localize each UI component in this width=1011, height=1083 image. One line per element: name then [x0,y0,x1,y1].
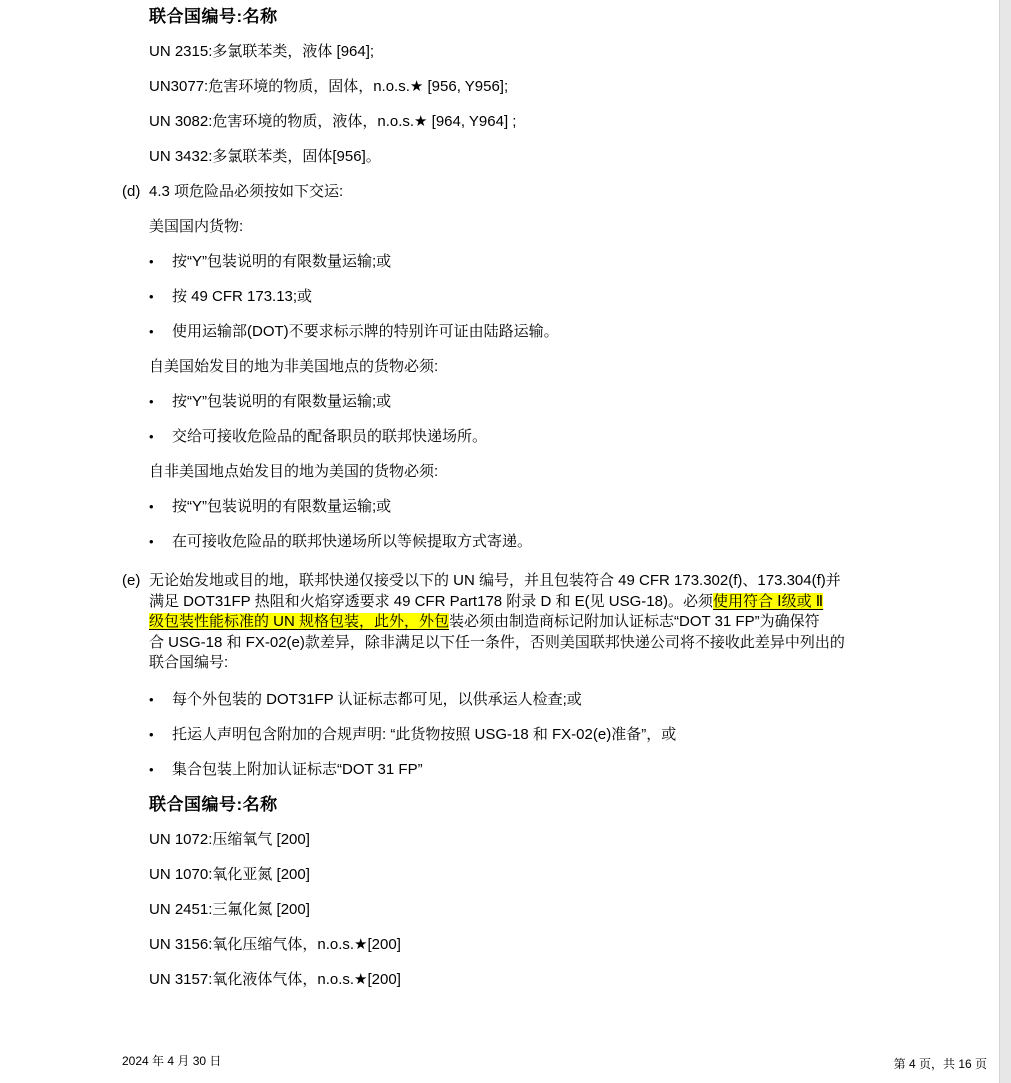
bullet-icon: • [149,534,172,550]
un-list-item: UN 3432:多氯联苯类，固体[956]。 [149,149,952,165]
bullet-item: •集合包装上附加认证标志“DOT 31 FP” [149,762,952,778]
bullet-item: •交给可接收危险品的配备职员的联邦快递场所。 [149,429,952,445]
bullet-icon: • [149,499,172,515]
bullet-item: •在可接收危险品的联邦快递场所以等候提取方式寄递。 [149,534,952,550]
section-heading: 联合国编号:名称 [149,797,952,813]
highlighted-text: 级包装性能标准的 UN 规格包装，此外，外包 [149,613,449,630]
clause-e-line: 级包装性能标准的 UN 规格包装，此外，外包装必须由制造商标记附加认证标志“DO… [149,612,952,633]
bullet-icon: • [149,394,172,410]
page-edge-strip [999,0,1011,1083]
bullet-text: 使用运输部(DOT)不要求标示牌的特别许可证由陆路运输。 [172,323,559,340]
bullet-icon: • [149,762,172,778]
clause-e-text: 无论始发地或目的地，联邦快递仅接受以下的 UN 编号，并且包装符合 49 CFR… [149,572,841,589]
bullet-text: 每个外包装的 DOT31FP 认证标志都可见，以供承运人检查;或 [172,691,582,708]
clause-d: (d)4.3 项危险品必须按如下交运: [122,184,952,200]
clause-e-text: 满足 DOT31FP 热阻和火焰穿透要求 49 CFR Part178 附录 D… [149,593,713,610]
un-list-item: UN 3082:危害环境的物质，液体，n.o.s.★ [964, Y964] ; [149,114,952,130]
bullet-item: •使用运输部(DOT)不要求标示牌的特别许可证由陆路运输。 [149,324,952,340]
bullet-text: 按“Y”包装说明的有限数量运输;或 [172,498,391,515]
bullet-icon: • [149,727,172,743]
footer-page-number: 第 4 页，共 16 页 [894,1056,987,1072]
un-list-item: UN 2315:多氯联苯类，液体 [964]; [149,44,952,60]
un-list-item: UN 3157:氧化液体气体，n.o.s.★[200] [149,972,952,988]
clause-e-text: 联合国编号: [149,654,228,671]
clause-e-line: 合 USG-18 和 FX-02(e)款差异，除非满足以下任一条件，否则美国联邦… [149,633,952,654]
un-list-item: UN 2451:三氟化氮 [200] [149,902,952,918]
group-label: 自非美国地点始发目的地为美国的货物必须: [149,464,952,480]
bullet-text: 按 49 CFR 173.13;或 [172,288,312,305]
bullet-text: 托运人声明包含附加的合规声明: “此货物按照 USG-18 和 FX-02(e)… [172,726,676,743]
clause-e-text: 装必须由制造商标记附加认证标志“DOT 31 FP”为确保符 [449,613,820,630]
footer-date: 2024 年 4 月 30 日 [122,1053,221,1069]
clause-e-marker: (e) [122,571,149,592]
group-label: 美国国内货物: [149,219,952,235]
bullet-text: 按“Y”包装说明的有限数量运输;或 [172,393,391,410]
document-content: 联合国编号:名称 UN 2315:多氯联苯类，液体 [964]; UN3077:… [122,0,952,1007]
group-label: 自美国始发目的地为非美国地点的货物必须: [149,359,952,375]
bullet-text: 按“Y”包装说明的有限数量运输;或 [172,253,391,270]
bullet-item: •托运人声明包含附加的合规声明: “此货物按照 USG-18 和 FX-02(e… [149,727,952,743]
bullet-text: 交给可接收危险品的配备职员的联邦快递场所。 [172,428,487,445]
bullet-text: 集合包装上附加认证标志“DOT 31 FP” [172,761,423,778]
section-heading: 联合国编号:名称 [149,9,952,25]
clause-d-text: 4.3 项危险品必须按如下交运: [149,183,343,200]
bullet-item: •按“Y”包装说明的有限数量运输;或 [149,254,952,270]
bullet-item: •按 49 CFR 173.13;或 [149,289,952,305]
un-list-item: UN 1070:氧化亚氮 [200] [149,867,952,883]
clause-e-line: (e)无论始发地或目的地，联邦快递仅接受以下的 UN 编号，并且包装符合 49 … [122,571,952,592]
bullet-icon: • [149,324,172,340]
document-page: 联合国编号:名称 UN 2315:多氯联苯类，液体 [964]; UN3077:… [0,0,1011,1083]
clause-e-text: 合 USG-18 和 FX-02(e)款差异，除非满足以下任一条件，否则美国联邦… [149,634,845,651]
clause-d-marker: (d) [122,184,149,200]
un-list-item: UN 1072:压缩氧气 [200] [149,832,952,848]
bullet-icon: • [149,254,172,270]
un-list-item: UN3077:危害环境的物质，固体，n.o.s.★ [956, Y956]; [149,79,952,95]
bullet-icon: • [149,429,172,445]
clause-e: (e)无论始发地或目的地，联邦快递仅接受以下的 UN 编号，并且包装符合 49 … [122,571,952,674]
bullet-item: •每个外包装的 DOT31FP 认证标志都可见，以供承运人检查;或 [149,692,952,708]
bullet-item: •按“Y”包装说明的有限数量运输;或 [149,394,952,410]
bullet-icon: • [149,289,172,305]
bullet-icon: • [149,692,172,708]
un-list-item: UN 3156:氧化压缩气体，n.o.s.★[200] [149,937,952,953]
bullet-text: 在可接收危险品的联邦快递场所以等候提取方式寄递。 [172,533,532,550]
clause-e-line: 满足 DOT31FP 热阻和火焰穿透要求 49 CFR Part178 附录 D… [149,592,952,613]
highlighted-text: 使用符合 Ⅰ级或 Ⅱ [713,593,823,610]
clause-e-line: 联合国编号: [149,653,952,674]
bullet-item: •按“Y”包装说明的有限数量运输;或 [149,499,952,515]
